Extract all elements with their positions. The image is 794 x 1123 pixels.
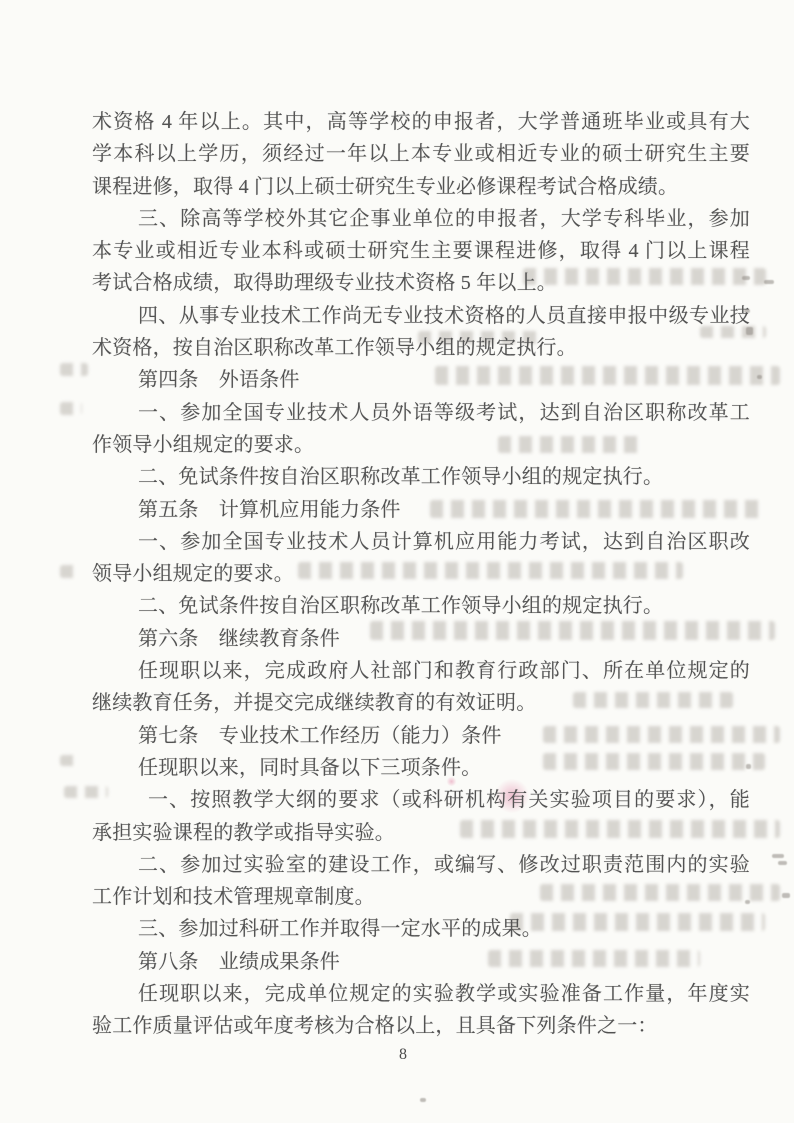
text-line: 课程进修，取得 4 门以上硕士研究生专业必修课程考试合格成绩。 xyxy=(92,171,750,203)
scan-speck xyxy=(778,861,787,865)
text-line: 二、参加过实验室的建设工作，或编写、修改过职责范围内的实验 xyxy=(92,849,750,881)
text-line: 本专业或相近专业本科或硕士研究生主要课程进修，取得 4 门以上课程 xyxy=(92,235,750,267)
text-line: 四、从事专业技术工作尚无专业技术资格的人员直接申报中级专业技 xyxy=(92,300,750,332)
text-line: 三、除高等学校外其它企事业单位的申报者，大学专科毕业，参加 xyxy=(92,203,750,235)
text-line: 领导小组规定的要求。 xyxy=(92,558,750,590)
text-line: 二、免试条件按自治区职称改革工作领导小组的规定执行。 xyxy=(92,461,750,493)
page-number: 8 xyxy=(0,1046,794,1064)
scan-speck xyxy=(772,854,784,858)
text-line: 任现职以来，同时具备以下三项条件。 xyxy=(92,752,750,784)
bleed-through-mark xyxy=(60,402,82,415)
text-line: 二、免试条件按自治区职称改革工作领导小组的规定执行。 xyxy=(92,590,750,622)
text-line: 承担实验课程的教学或指导实验。 xyxy=(92,817,750,849)
text-line: 任现职以来，完成政府人社部门和教育行政部门、所在单位规定的 xyxy=(92,655,750,687)
text-line: 继续教育任务，并提交完成继续教育的有效证明。 xyxy=(92,687,750,719)
text-line: 学本科以上学历，须经过一年以上本专业或相近专业的硕士研究生主要 xyxy=(92,138,750,170)
bleed-through-mark xyxy=(60,363,88,376)
text-line: 术资格，按自治区职称改革工作领导小组的规定执行。 xyxy=(92,332,750,364)
text-line: 第四条 外语条件 xyxy=(92,364,750,396)
document-body: 术资格 4 年以上。其中，高等学校的申报者，大学普通班毕业或具有大学本科以上学历… xyxy=(92,106,750,1043)
text-line: 工作计划和技术管理规章制度。 xyxy=(92,881,750,913)
text-line: 作领导小组规定的要求。 xyxy=(92,429,750,461)
text-line: 任现职以来，完成单位规定的实验教学或实验准备工作量，年度实 xyxy=(92,978,750,1010)
bleed-through-mark xyxy=(60,755,76,766)
text-line: 第七条 专业技术工作经历（能力）条件 xyxy=(92,720,750,752)
text-line: 第五条 计算机应用能力条件 xyxy=(92,494,750,526)
text-line: 第六条 继续教育条件 xyxy=(92,623,750,655)
scan-speck xyxy=(782,893,790,898)
scan-speck xyxy=(764,280,774,284)
text-line: 术资格 4 年以上。其中，高等学校的申报者，大学普通班毕业或具有大 xyxy=(92,106,750,138)
text-line: 一、按照教学大纲的要求（或科研机构有关实验项目的要求），能 xyxy=(92,784,750,816)
document-page: 术资格 4 年以上。其中，高等学校的申报者，大学普通班毕业或具有大学本科以上学历… xyxy=(0,0,794,1123)
text-line: 第八条 业绩成果条件 xyxy=(92,946,750,978)
text-line: 考试合格成绩，取得助理级专业技术资格 5 年以上。 xyxy=(92,267,750,299)
bleed-through-mark xyxy=(60,565,78,578)
text-line: 验工作质量评估或年度考核为合格以上，且具备下列条件之一： xyxy=(92,1010,750,1042)
text-line: 一、参加全国专业技术人员外语等级考试，达到自治区职称改革工 xyxy=(92,397,750,429)
scan-speck xyxy=(420,1098,426,1102)
text-line: 三、参加过科研工作并取得一定水平的成果。 xyxy=(92,913,750,945)
scan-speck xyxy=(757,375,762,379)
text-line: 一、参加全国专业技术人员计算机应用能力考试，达到自治区职改 xyxy=(92,526,750,558)
